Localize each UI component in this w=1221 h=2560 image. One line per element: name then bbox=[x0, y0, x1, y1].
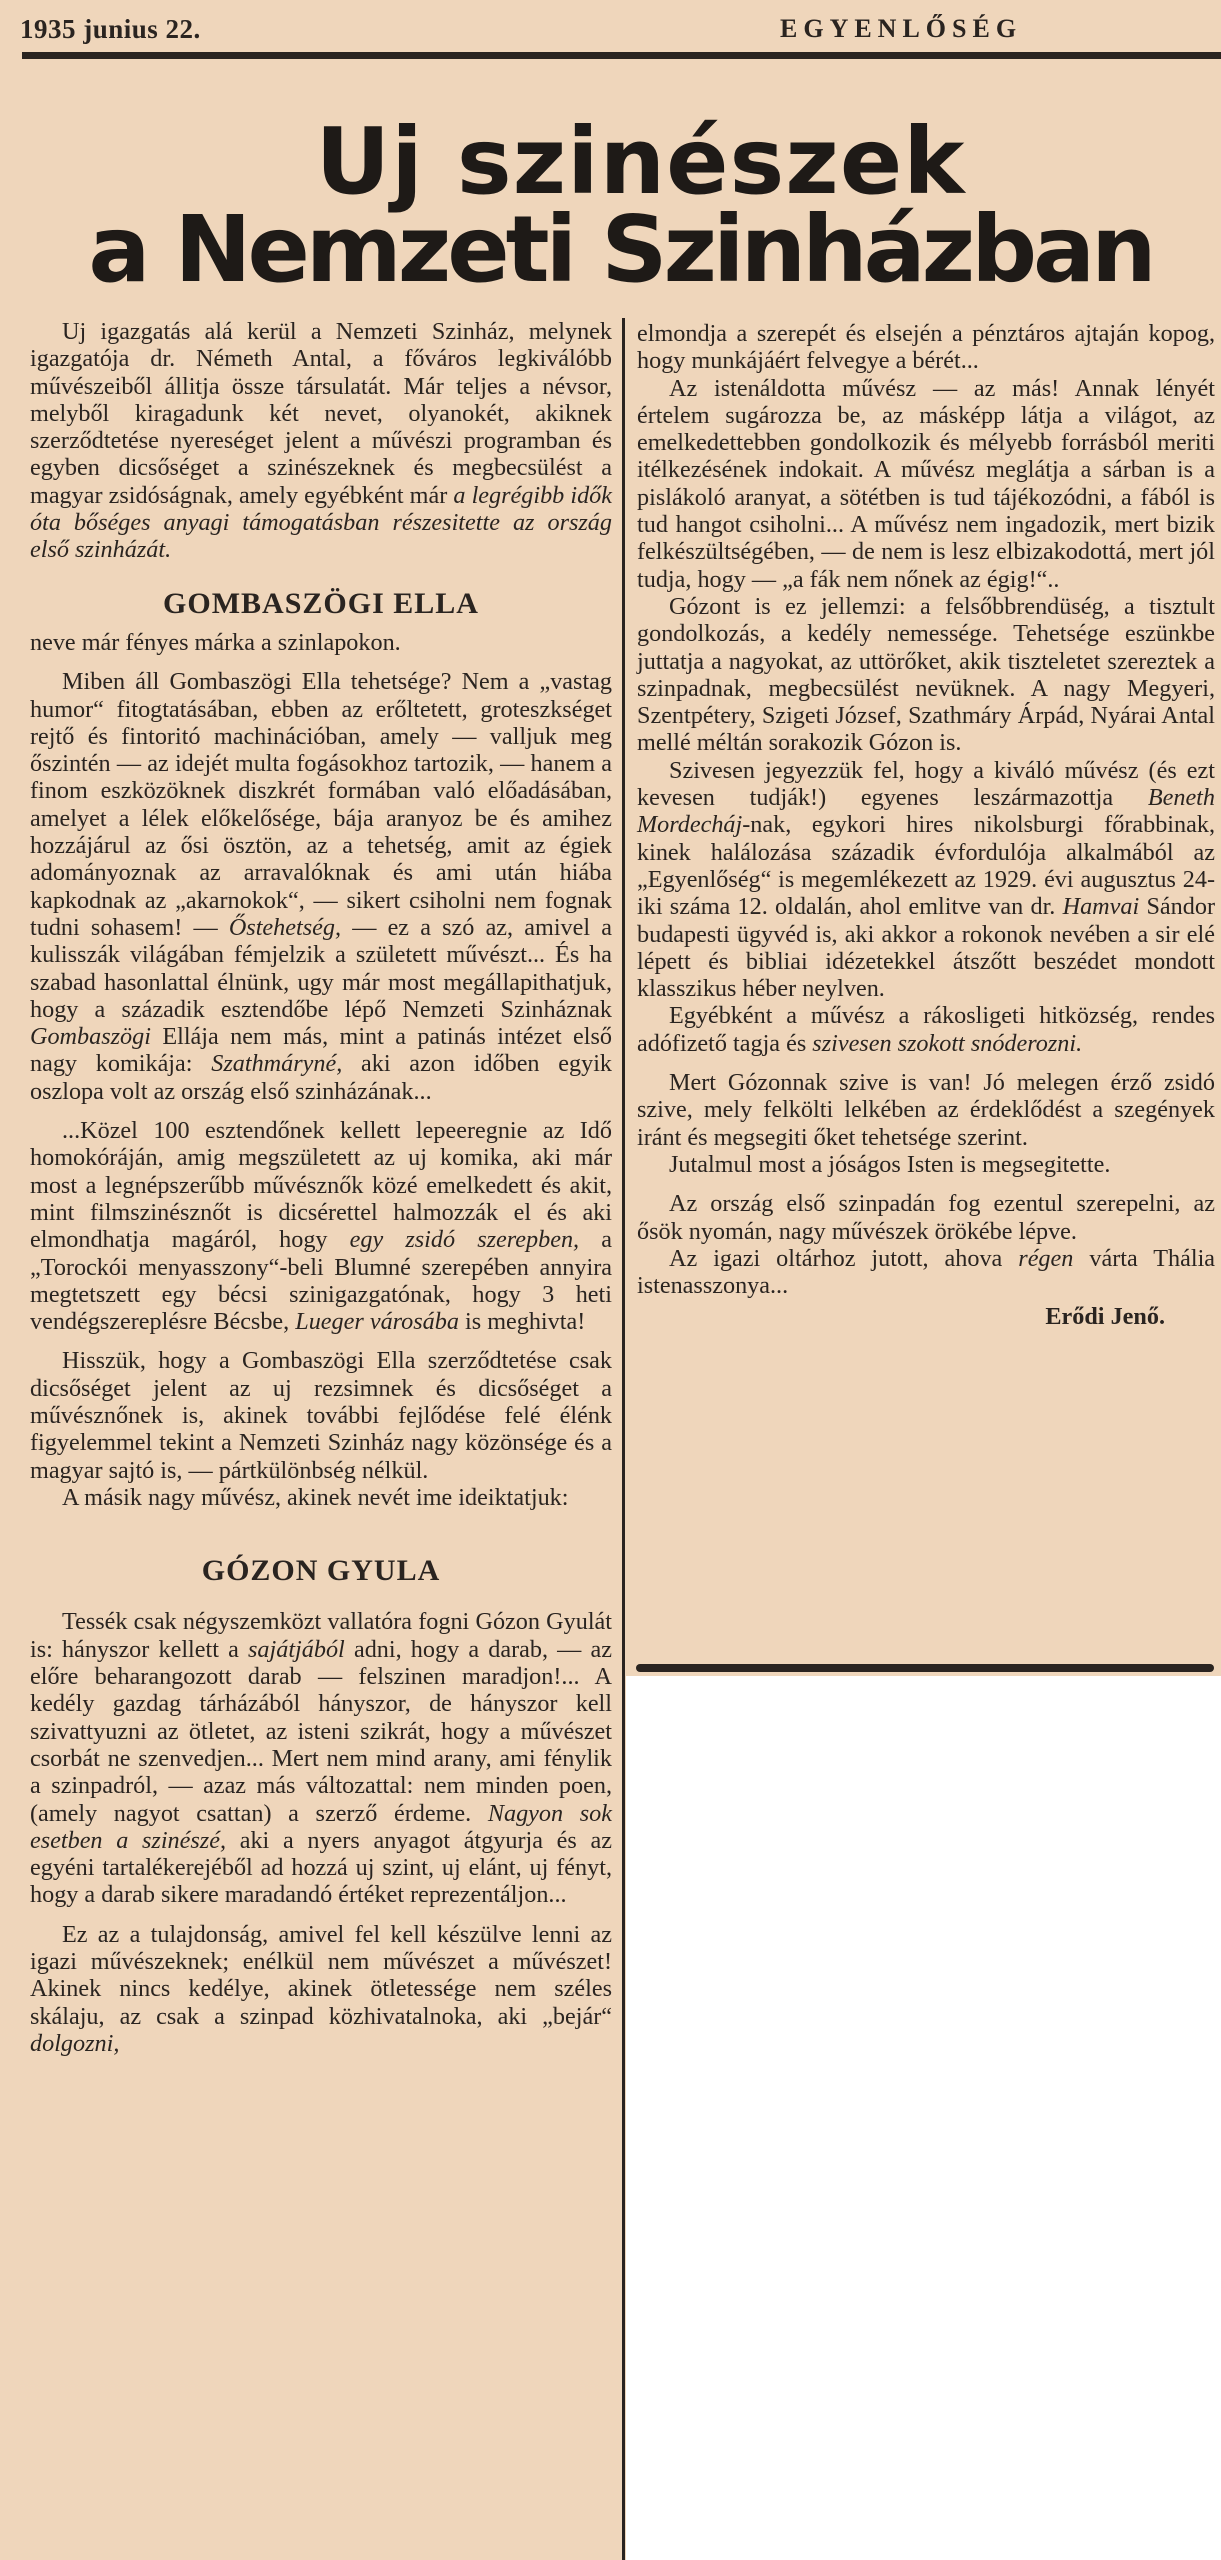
emphasis: Lueger városába bbox=[295, 1308, 459, 1335]
emphasis: Őstehetség, bbox=[229, 914, 341, 941]
paragraph: Az ország első szinpadán fog ezentul sze… bbox=[637, 1190, 1215, 1245]
paragraph: Jutalmul most a jóságos Isten is megsegi… bbox=[637, 1151, 1215, 1178]
article-end-rule bbox=[636, 1664, 1214, 1672]
paragraph: Mert Gózonnak szive is van! Jó melegen é… bbox=[637, 1069, 1215, 1151]
text: Miben áll Gombaszögi Ella tehetsége? Nem… bbox=[30, 668, 612, 941]
paragraph-continued: Ez az a tulajdonság, amivel fel kell kés… bbox=[30, 1921, 612, 2057]
issue-date: 1935 junius 22. bbox=[20, 14, 201, 45]
paragraph: Az igazi oltárhoz jutott, ahova régen vá… bbox=[637, 1245, 1215, 1300]
paragraph: ...Közel 100 esztendőnek kellett lepeere… bbox=[30, 1117, 612, 1335]
author-signature: Erődi Jenő. bbox=[637, 1303, 1215, 1330]
headline-line-2: a Nemzeti Szinházban bbox=[10, 196, 1221, 303]
paragraph: Szivesen jegyezzük fel, hogy a kiváló mű… bbox=[637, 757, 1215, 1003]
emphasis: egy zsidó szerepben, bbox=[350, 1226, 579, 1253]
emphasis: szivesen szokott snóderozni. bbox=[812, 1030, 1082, 1057]
paragraph: Gózont is ez jellemzi: a felsőbbrendüség… bbox=[637, 593, 1215, 757]
paragraph: Miben áll Gombaszögi Ella tehetsége? Nem… bbox=[30, 668, 612, 1105]
paragraph: Az istenáldotta művész — az más! Annak l… bbox=[637, 375, 1215, 593]
section-heading-gombaszogi: GOMBASZÖGI ELLA bbox=[30, 590, 612, 617]
article-column-left: Uj igazgatás alá kerül a Nemzeti Szinház… bbox=[30, 318, 612, 2057]
intro-text: Uj igazgatás alá kerül a Nemzeti Szinház… bbox=[30, 318, 612, 509]
paragraph: A másik nagy művész, akinek nevét ime id… bbox=[30, 1484, 612, 1511]
emphasis: régen bbox=[1018, 1245, 1073, 1272]
paragraph: neve már fényes márka a szinlapokon. bbox=[30, 629, 612, 656]
emphasis: sajátjából bbox=[248, 1636, 345, 1663]
article-column-right: elmondja a szerepét és elsején a pénztár… bbox=[637, 320, 1215, 1331]
text: adni, hogy a darab, — az előre beharango… bbox=[30, 1636, 612, 1827]
paragraph-continuation: elmondja a szerepét és elsején a pénztár… bbox=[637, 320, 1215, 375]
text: Szivesen jegyezzük fel, hogy a kiváló mű… bbox=[637, 757, 1215, 811]
text: Az igazi oltárhoz jutott, ahova bbox=[669, 1245, 1002, 1272]
publication-name: EGYENLŐSÉG bbox=[780, 14, 1022, 44]
paragraph: Egyébként a művész a rákosligeti hitközs… bbox=[637, 1002, 1215, 1057]
emphasis: Hamvai bbox=[1063, 893, 1140, 920]
emphasis: Szathmáryné, bbox=[211, 1050, 342, 1077]
text: Ez az a tulajdonság, amivel fel kell kés… bbox=[30, 1921, 612, 2030]
section-heading-gozon: GÓZON GYULA bbox=[30, 1557, 612, 1584]
intro-paragraph: Uj igazgatás alá kerül a Nemzeti Szinház… bbox=[30, 318, 612, 564]
column-divider bbox=[622, 318, 625, 2560]
emphasis: dolgozni, bbox=[30, 2030, 119, 2057]
paragraph: Tessék csak négyszemközt vallatóra fogni… bbox=[30, 1608, 612, 1908]
masthead-rule bbox=[22, 52, 1221, 59]
emphasis: Gombaszögi bbox=[30, 1023, 151, 1050]
text: is meghivta! bbox=[465, 1308, 585, 1335]
paragraph: Hisszük, hogy a Gombaszögi Ella szerződt… bbox=[30, 1347, 612, 1483]
